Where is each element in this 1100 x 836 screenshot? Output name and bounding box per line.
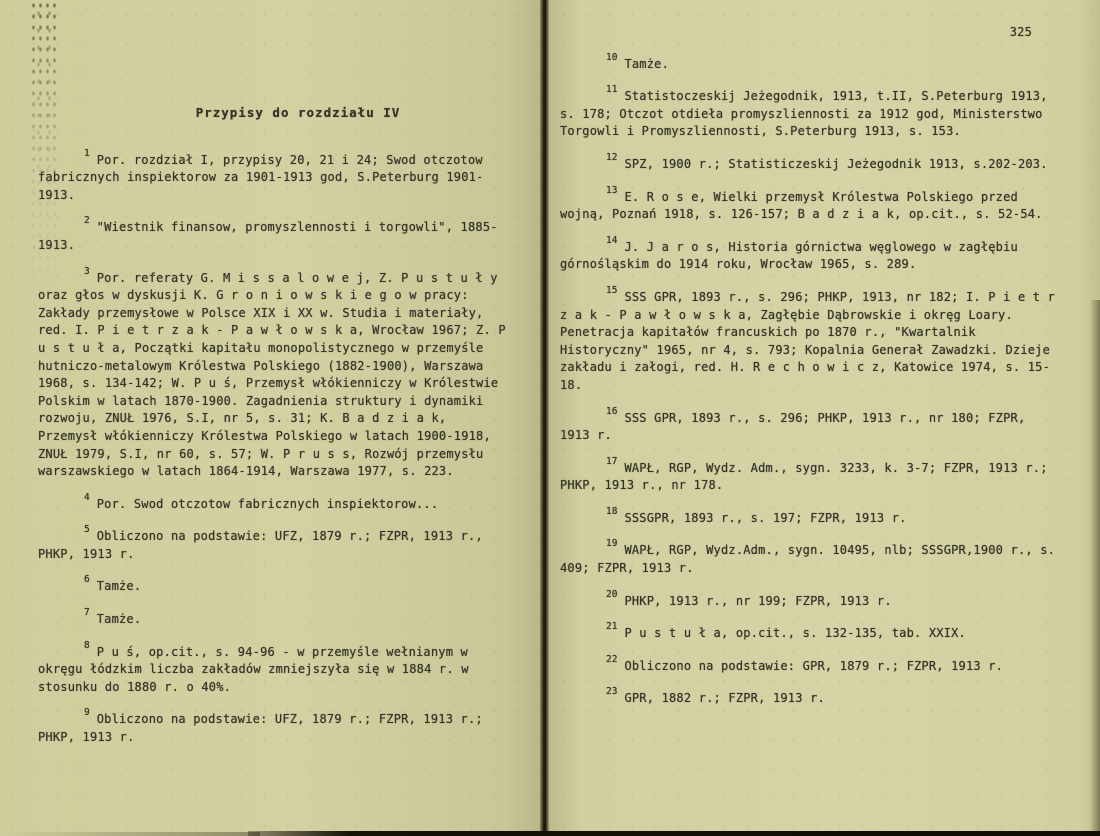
footnote-number: 12	[606, 152, 617, 163]
footnote: 1Por. rozdział I, przypisy 20, 21 i 24; …	[38, 148, 506, 205]
footnote-number: 3	[84, 266, 90, 277]
footnote-text: PHKP, 1913 r., nr 199; FZPR, 1913 r.	[624, 594, 891, 608]
scan-bottom-border	[248, 831, 1100, 836]
footnote: 20PHKP, 1913 r., nr 199; FZPR, 1913 r.	[560, 589, 1060, 611]
footnote: 18SSSGPR, 1893 r., s. 197; FZPR, 1913 r.	[560, 506, 1060, 528]
footnote-text: Obliczono na podstawie: GPR, 1879 r.; FZ…	[624, 659, 1003, 673]
scan-bottom-left-shade	[0, 832, 260, 836]
footnote-number: 7	[84, 607, 90, 618]
footnote-number: 19	[606, 538, 617, 549]
footnote-text: J. J a r o s, Historia górnictwa węglowe…	[560, 240, 1018, 272]
footnote-text: WAPŁ, RGP, Wydz. Adm., sygn. 3233, k. 3-…	[560, 461, 1048, 493]
footnote: 14J. J a r o s, Historia górnictwa węglo…	[560, 235, 1060, 274]
footnote-number: 20	[606, 589, 617, 600]
footnote-text: SPZ, 1900 r.; Statisticzeskij Jeżegodnik…	[624, 157, 1047, 171]
footnote: 15SSS GPR, 1893 r., s. 296; PHKP, 1913, …	[560, 285, 1060, 395]
footnote: 11Statistoczeskij Jeżegodnik, 1913, t.II…	[560, 84, 1060, 141]
footnote-number: 2	[84, 215, 90, 226]
footnote: 21P u s t u ł a, op.cit., s. 132-135, ta…	[560, 621, 1060, 643]
page-gutter-shadow	[540, 0, 549, 836]
footnote-number: 5	[84, 524, 90, 535]
footnote-number: 23	[606, 686, 617, 697]
footnote: 17WAPŁ, RGP, Wydz. Adm., sygn. 3233, k. …	[560, 456, 1060, 495]
footnote: 10Tamże.	[560, 52, 1060, 74]
footnote: 5Obliczono na podstawie: UFZ, 1879 r.; F…	[38, 524, 506, 563]
footnote-text: P u s t u ł a, op.cit., s. 132-135, tab.…	[624, 626, 966, 640]
footnote: 9Obliczono na podstawie: UFZ, 1879 r.; F…	[38, 707, 506, 746]
footnote-text: Tamże.	[97, 579, 142, 593]
footnote-text: P u ś, op.cit., s. 94-96 - w przemyśle w…	[38, 645, 469, 694]
chapter-notes-heading: Przypisy do rozdziału IV	[38, 104, 506, 122]
footnote: 13E. R o s e, Wielki przemysł Królestwa …	[560, 185, 1060, 224]
page-number: 325	[560, 24, 1060, 42]
footnote: 4Por. Swod otczotow fabricznych inspiekt…	[38, 492, 506, 514]
footnote-number: 14	[606, 235, 617, 246]
footnote: 7Tamże.	[38, 607, 506, 629]
footnote-text: Tamże.	[624, 57, 669, 71]
footnote-number: 6	[84, 574, 90, 585]
footnote-number: 4	[84, 492, 90, 503]
footnote-text: WAPŁ, RGP, Wydz.Adm., sygn. 10495, nlb; …	[560, 543, 1055, 575]
footnote-number: 21	[606, 621, 617, 632]
footnote-text: SSSGPR, 1893 r., s. 197; FZPR, 1913 r.	[624, 511, 906, 525]
footnote: 19WAPŁ, RGP, Wydz.Adm., sygn. 10495, nlb…	[560, 538, 1060, 577]
footnote-number: 15	[606, 285, 617, 296]
footnote: 12SPZ, 1900 r.; Statisticzeskij Jeżegodn…	[560, 152, 1060, 174]
footnote-text: GPR, 1882 r.; FZPR, 1913 r.	[624, 691, 824, 705]
footnote: 2"Wiestnik finansow, promyszlennosti i t…	[38, 215, 506, 254]
footnote: 3Por. referaty G. M i s s a l o w e j, Z…	[38, 266, 506, 481]
footnote: 22Obliczono na podstawie: GPR, 1879 r.; …	[560, 654, 1060, 676]
footnote-number: 13	[606, 185, 617, 196]
left-page-footnotes: 1Por. rozdział I, przypisy 20, 21 i 24; …	[38, 148, 506, 747]
footnote-number: 9	[84, 707, 90, 718]
footnote-number: 17	[606, 456, 617, 467]
footnote-number: 22	[606, 654, 617, 665]
footnote-text: Statistoczeskij Jeżegodnik, 1913, t.II, …	[560, 89, 1048, 138]
footnote-number: 16	[606, 406, 617, 417]
footnote-text: Por. rozdział I, przypisy 20, 21 i 24; S…	[38, 153, 483, 202]
footnote-number: 1	[84, 148, 90, 159]
footnote: 6Tamże.	[38, 574, 506, 596]
footnote-text: "Wiestnik finansow, promyszlennosti i to…	[38, 220, 498, 252]
footnote-number: 11	[606, 84, 617, 95]
footnote-text: E. R o s e, Wielki przemysł Królestwa Po…	[560, 190, 1043, 222]
footnote-number: 8	[84, 640, 90, 651]
footnote-text: SSS GPR, 1893 r., s. 296; PHKP, 1913 r.,…	[560, 411, 1025, 443]
footnote-text: Por. referaty G. M i s s a l o w e j, Z.…	[38, 271, 506, 479]
left-page-content: Przypisy do rozdziału IV 1Por. rozdział …	[38, 104, 506, 758]
footnote-number: 18	[606, 506, 617, 517]
footnote-text: Por. Swod otczotow fabricznych inspiekto…	[97, 497, 439, 511]
footnote: 23GPR, 1882 r.; FZPR, 1913 r.	[560, 686, 1060, 708]
right-page-footnotes: 10Tamże.11Statistoczeskij Jeżegodnik, 19…	[560, 52, 1060, 708]
footnote-number: 10	[606, 52, 617, 63]
scanned-book-spread: Przypisy do rozdziału IV 1Por. rozdział …	[0, 0, 1100, 836]
footnote-text: Obliczono na podstawie: UFZ, 1879 r.; FZ…	[38, 712, 483, 744]
footnote-text: SSS GPR, 1893 r., s. 296; PHKP, 1913, nr…	[560, 290, 1055, 392]
footnote-text: Obliczono na podstawie: UFZ, 1879 r.; FZ…	[38, 529, 483, 561]
footnote: 8P u ś, op.cit., s. 94-96 - w przemyśle …	[38, 640, 506, 697]
right-page-content: 325 10Tamże.11Statistoczeskij Jeżegodnik…	[560, 24, 1060, 719]
scan-corner-artifact	[30, 0, 56, 310]
scan-right-edge-shadow	[1090, 300, 1100, 836]
footnote-text: Tamże.	[97, 612, 142, 626]
footnote: 16SSS GPR, 1893 r., s. 296; PHKP, 1913 r…	[560, 406, 1060, 445]
